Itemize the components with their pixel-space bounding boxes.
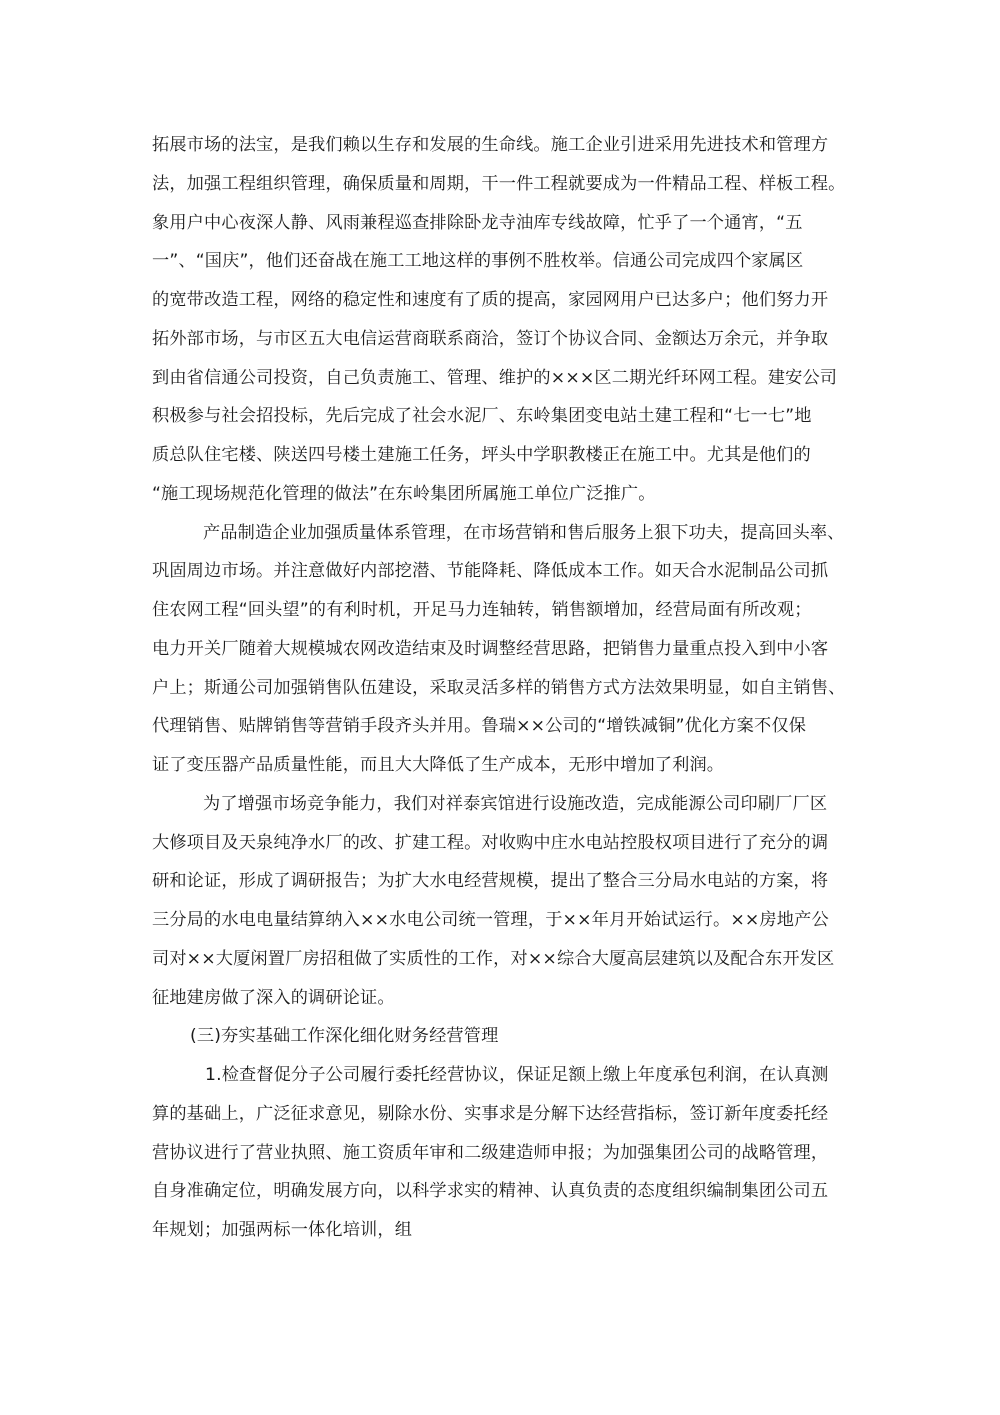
text-line: 研和论证，形成了调研报告；为扩大水电经营规模，提出了整合三分局水电站的方案，将 <box>152 869 852 908</box>
text-line-indented: 产品制造企业加强质量体系管理，在市场营销和售后服务上狠下功夫，提高回头率、 <box>152 521 852 560</box>
text-line: 户上；斯通公司加强销售队伍建设，采取灵活多样的销售方式方法效果明显，如自主销售、 <box>152 676 852 715</box>
section-heading-text: (三)夯实基础工作深化细化财务经营管理 <box>152 1024 852 1063</box>
text-line: 的宽带改造工程，网络的稳定性和速度有了质的提高，家园网用户已达多户；他们努力开 <box>152 288 852 327</box>
text-line: 法，加强工程组织管理，确保质量和周期，干一件工程就要成为一件精品工程、样板工程。 <box>152 172 852 211</box>
paragraph-competitiveness: 为了增强市场竞争能力，我们对祥泰宾馆进行设施改造，完成能源公司印刷厂厂区 大修项… <box>152 792 852 1025</box>
text-line: 住农网工程“回头望”的有利时机，开足马力连轴转，销售额增加，经营局面有所改观； <box>152 598 852 637</box>
text-line: “施工现场规范化管理的做法”在东岭集团所属施工单位广泛推广。 <box>152 482 852 521</box>
paragraph-item-1: 1.检查督促分子公司履行委托经营协议，保证足额上缴上年度承包利润，在认真测 算的… <box>152 1063 852 1257</box>
document-body: 拓展市场的法宝，是我们赖以生存和发展的生命线。施工企业引进采用先进技术和管理方 … <box>152 133 852 1257</box>
text-line: 算的基础上，广泛征求意见，剔除水份、实事求是分解下达经营指标，签订新年度委托经 <box>152 1102 852 1141</box>
text-line: 一”、“国庆”，他们还奋战在施工工地这样的事例不胜枚举。信通公司完成四个家属区 <box>152 249 852 288</box>
text-line: 巩固周边市场。并注意做好内部挖潜、节能降耗、降低成本工作。如天合水泥制品公司抓 <box>152 559 852 598</box>
text-line: 证了变压器产品质量性能，而且大大降低了生产成本，无形中增加了利润。 <box>152 753 852 792</box>
text-line: 拓展市场的法宝，是我们赖以生存和发展的生命线。施工企业引进采用先进技术和管理方 <box>152 133 852 172</box>
section-heading: (三)夯实基础工作深化细化财务经营管理 <box>152 1024 852 1063</box>
paragraph-market-expansion: 拓展市场的法宝，是我们赖以生存和发展的生命线。施工企业引进采用先进技术和管理方 … <box>152 133 852 521</box>
text-line: 象用户中心夜深人静、风雨兼程巡查排除卧龙寺油库专线故障，忙乎了一个通宵，“五 <box>152 211 852 250</box>
text-line: 质总队住宅楼、陕送四号楼土建施工任务，坪头中学职教楼正在施工中。尤其是他们的 <box>152 443 852 482</box>
text-line-indented: 为了增强市场竞争能力，我们对祥泰宾馆进行设施改造，完成能源公司印刷厂厂区 <box>152 792 852 831</box>
document-page: 拓展市场的法宝，是我们赖以生存和发展的生命线。施工企业引进采用先进技术和管理方 … <box>0 0 1000 1415</box>
text-line: 拓外部市场，与市区五大电信运营商联系商洽，签订个协议合同、金额达万余元，并争取 <box>152 327 852 366</box>
text-line: 三分局的水电电量结算纳入××水电公司统一管理，于××年月开始试运行。××房地产公 <box>152 908 852 947</box>
text-line: 营协议进行了营业执照、施工资质年审和二级建造师申报；为加强集团公司的战略管理， <box>152 1141 852 1180</box>
text-line: 到由省信通公司投资，自己负责施工、管理、维护的×××区二期光纤环网工程。建安公司 <box>152 366 852 405</box>
text-line: 电力开关厂随着大规模城农网改造结束及时调整经营思路，把销售力量重点投入到中小客 <box>152 637 852 676</box>
text-line: 年规划；加强两标一体化培训，组 <box>152 1218 852 1257</box>
paragraph-manufacturing: 产品制造企业加强质量体系管理，在市场营销和售后服务上狠下功夫，提高回头率、 巩固… <box>152 521 852 792</box>
numbered-item-line: 1.检查督促分子公司履行委托经营协议，保证足额上缴上年度承包利润，在认真测 <box>152 1063 852 1102</box>
text-line: 自身准确定位，明确发展方向，以科学求实的精神、认真负责的态度组织编制集团公司五 <box>152 1179 852 1218</box>
text-line: 代理销售、贴牌销售等营销手段齐头并用。鲁瑞××公司的“增铁减铜”优化方案不仅保 <box>152 714 852 753</box>
text-line: 司对××大厦闲置厂房招租做了实质性的工作，对××综合大厦高层建筑以及配合东开发区 <box>152 947 852 986</box>
text-line: 积极参与社会招投标，先后完成了社会水泥厂、东岭集团变电站土建工程和“七一七”地 <box>152 404 852 443</box>
text-line: 大修项目及天泉纯净水厂的改、扩建工程。对收购中庄水电站控股权项目进行了充分的调 <box>152 831 852 870</box>
text-line: 征地建房做了深入的调研论证。 <box>152 986 852 1025</box>
